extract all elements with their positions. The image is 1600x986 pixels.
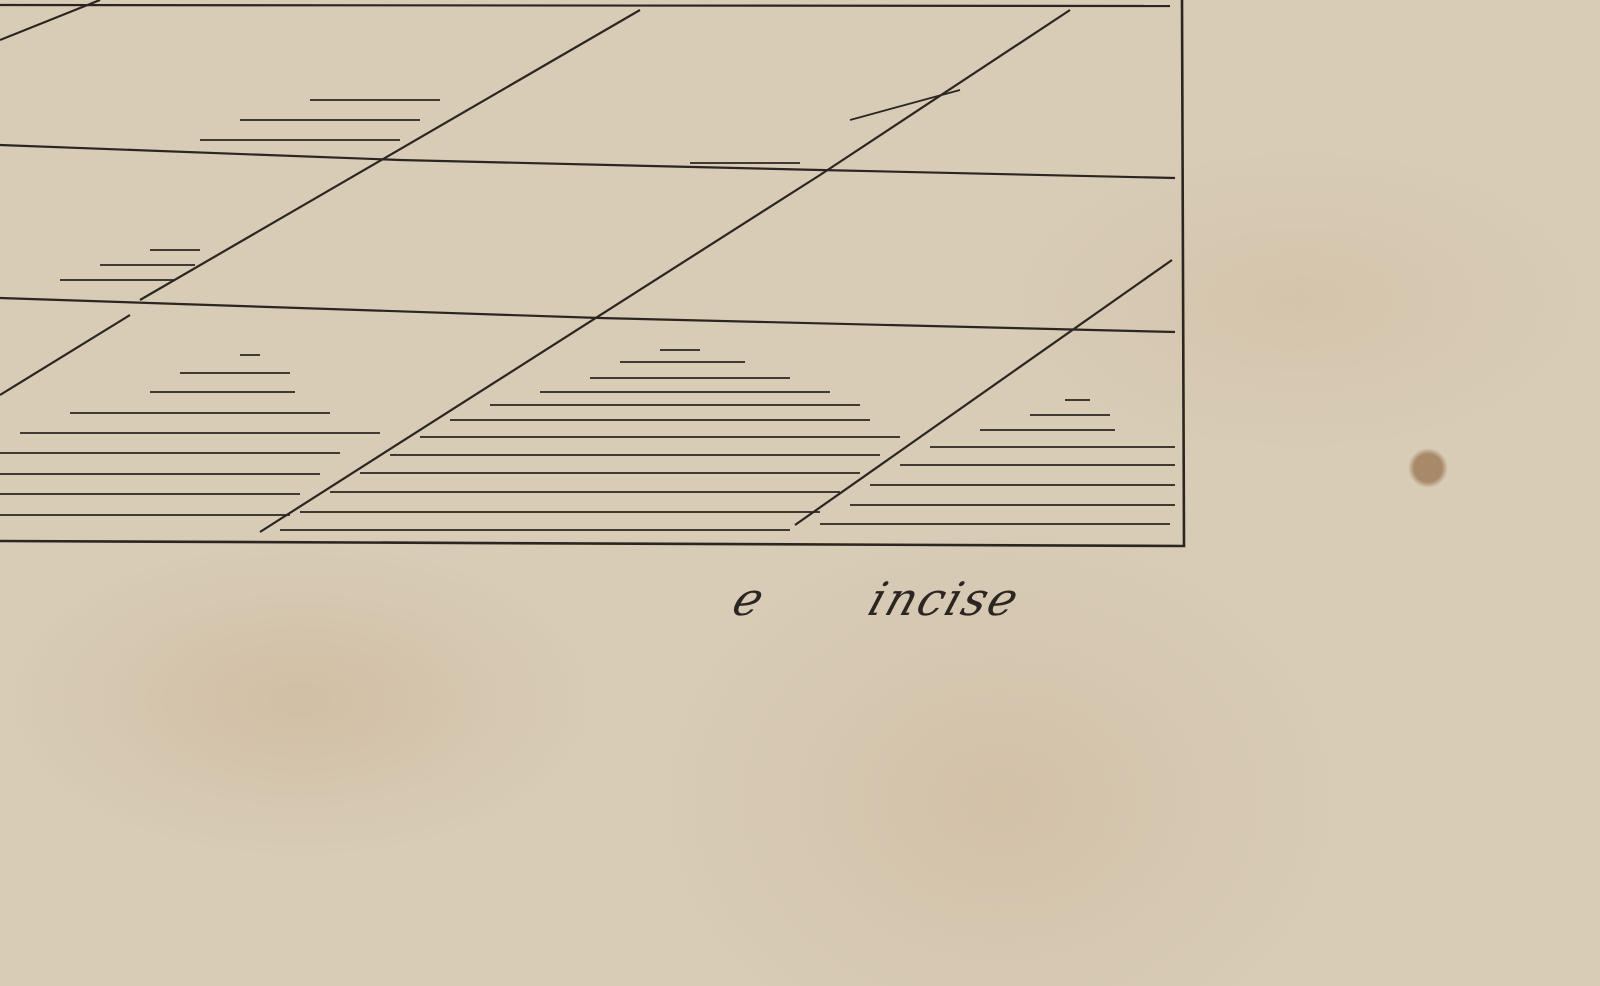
engraver-inscription: e incise — [726, 572, 1027, 626]
engraved-grid-floor — [0, 0, 1600, 986]
